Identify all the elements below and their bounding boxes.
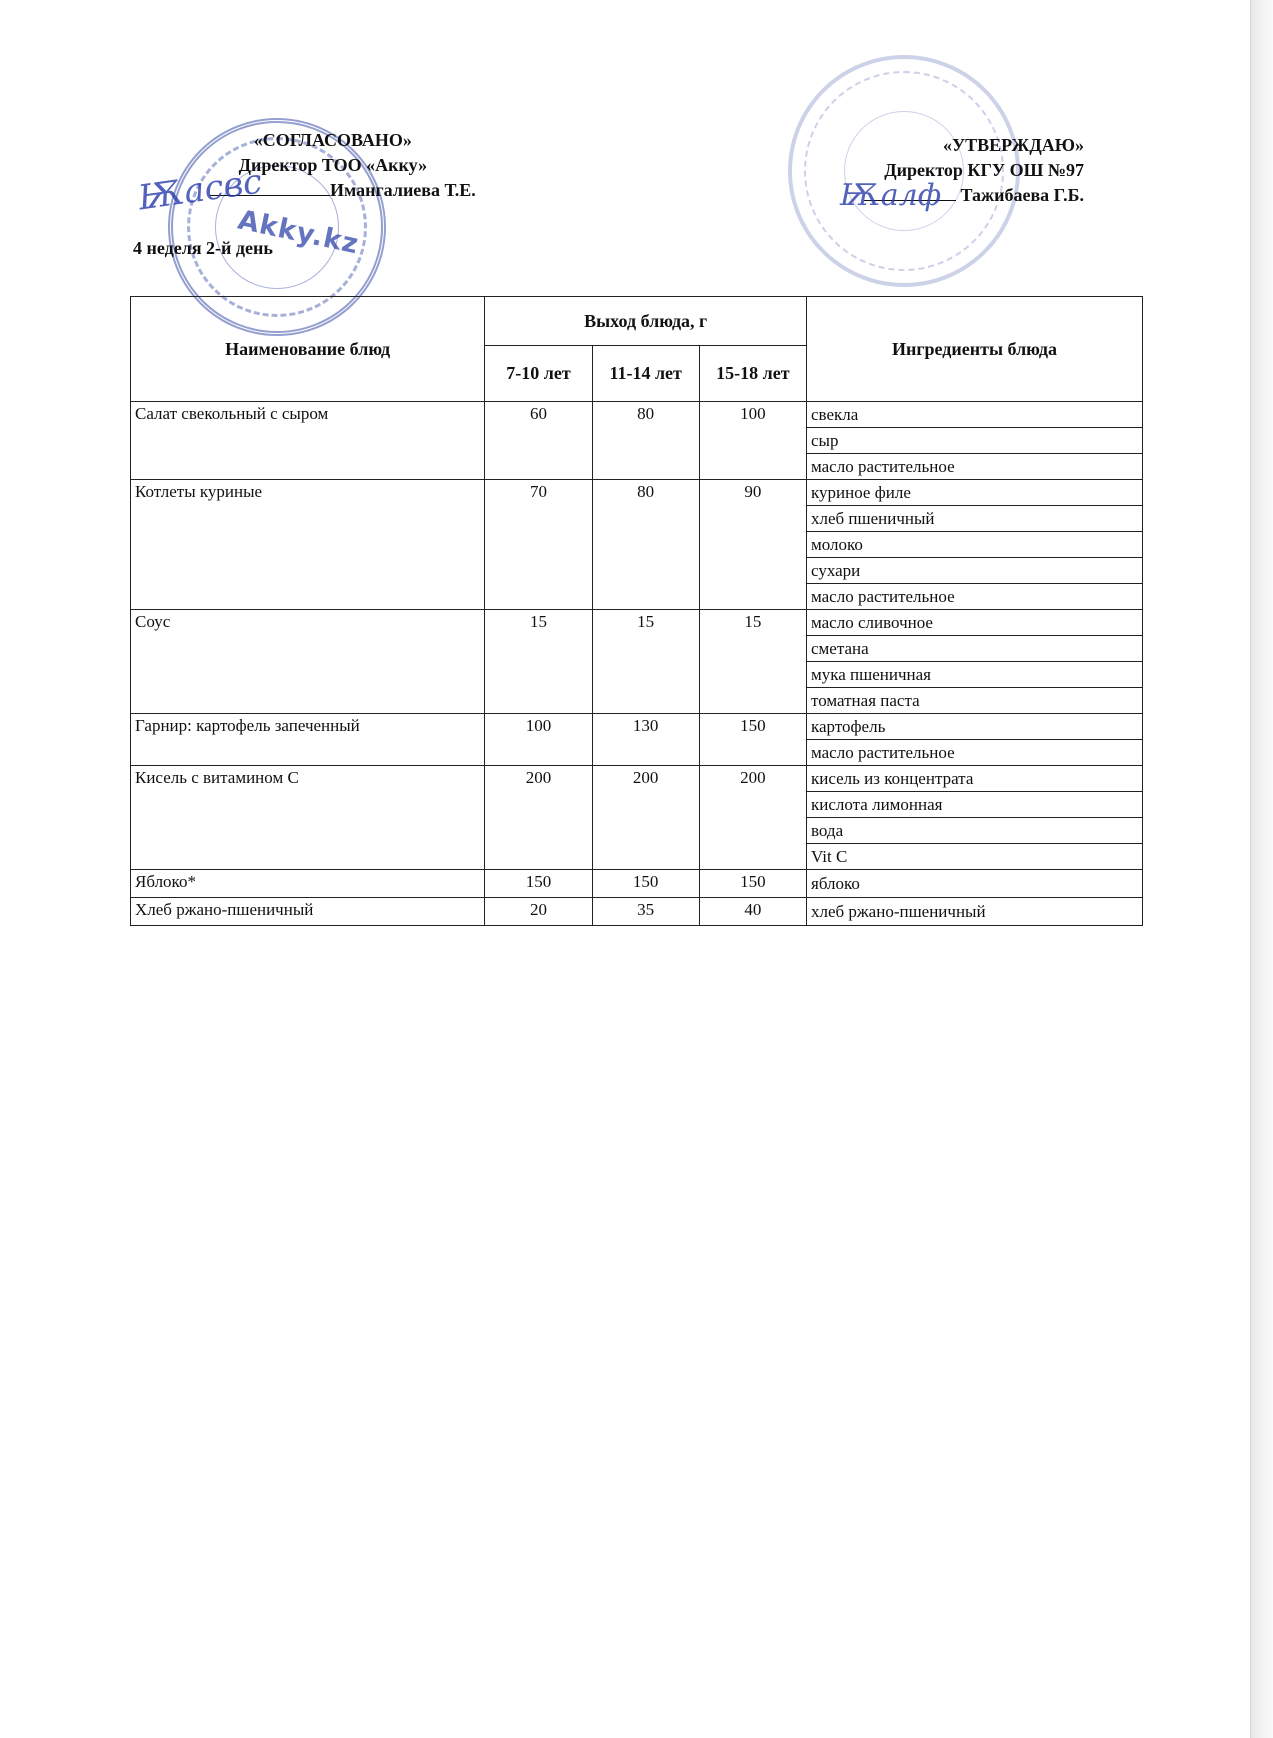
dish-yield: 150 <box>592 870 699 898</box>
dish-yield: 80 <box>592 402 699 480</box>
dish-yield: 20 <box>485 898 592 926</box>
dish-name: Яблоко* <box>131 870 485 898</box>
agreed-title: «СОГЛАСОВАНО» <box>190 128 476 153</box>
menu-table: Наименование блюд Выход блюда, г Ингреди… <box>130 296 1143 926</box>
signature-scribble-right: Ѭалф <box>840 178 941 213</box>
dish-yield: 100 <box>485 714 592 766</box>
ingredient: кислота лимонная <box>807 792 1143 818</box>
ingredient: масло сливочное <box>807 610 1143 636</box>
table-row: Гарнир: картофель запеченный100130150кар… <box>131 714 1143 740</box>
dish-name: Котлеты куриные <box>131 480 485 610</box>
dish-yield: 70 <box>485 480 592 610</box>
approved-title: «УТВЕРЖДАЮ» <box>848 133 1084 158</box>
ingredient: хлеб ржано-пшеничный <box>807 898 1143 926</box>
dish-yield: 60 <box>485 402 592 480</box>
ingredient: кисель из концентрата <box>807 766 1143 792</box>
approved-name: Тажибаева Г.Б. <box>960 185 1084 205</box>
header-dish-name: Наименование блюд <box>131 297 485 402</box>
dish-yield: 100 <box>699 402 806 480</box>
dish-yield: 200 <box>592 766 699 870</box>
dish-yield: 35 <box>592 898 699 926</box>
header-age-7-10: 7-10 лет <box>485 346 592 402</box>
ingredient: яблоко <box>807 870 1143 898</box>
table-row: Котлеты куриные708090куриное филе <box>131 480 1143 506</box>
ingredient: масло растительное <box>807 454 1143 480</box>
ingredient: молоко <box>807 532 1143 558</box>
table-row: Хлеб ржано-пшеничный203540хлеб ржано-пше… <box>131 898 1143 926</box>
dish-name: Соус <box>131 610 485 714</box>
ingredient: масло растительное <box>807 584 1143 610</box>
ingredient: Vit C <box>807 844 1143 870</box>
ingredient: вода <box>807 818 1143 844</box>
day-label: 4 неделя 2-й день <box>133 238 273 259</box>
ingredient: масло растительное <box>807 740 1143 766</box>
dish-yield: 15 <box>699 610 806 714</box>
header-age-15-18: 15-18 лет <box>699 346 806 402</box>
dish-yield: 15 <box>485 610 592 714</box>
table-row: Соус151515масло сливочное <box>131 610 1143 636</box>
header-age-11-14: 11-14 лет <box>592 346 699 402</box>
table-row: Яблоко*150150150яблоко <box>131 870 1143 898</box>
ingredient: сметана <box>807 636 1143 662</box>
header-yield: Выход блюда, г <box>485 297 807 346</box>
dish-yield: 15 <box>592 610 699 714</box>
dish-name: Кисель с витамином С <box>131 766 485 870</box>
dish-yield: 90 <box>699 480 806 610</box>
ingredient: куриное филе <box>807 480 1143 506</box>
dish-yield: 80 <box>592 480 699 610</box>
dish-name: Гарнир: картофель запеченный <box>131 714 485 766</box>
dish-yield: 150 <box>699 870 806 898</box>
ingredient: томатная паста <box>807 688 1143 714</box>
dish-yield: 40 <box>699 898 806 926</box>
ingredient: свекла <box>807 402 1143 428</box>
agreed-name: Имангалиева Т.Е. <box>330 180 476 200</box>
ingredient: сыр <box>807 428 1143 454</box>
dish-name: Хлеб ржано-пшеничный <box>131 898 485 926</box>
menu-table-body: Салат свекольный с сыром6080100свекласыр… <box>131 402 1143 926</box>
ingredient: мука пшеничная <box>807 662 1143 688</box>
table-row: Кисель с витамином С200200200кисель из к… <box>131 766 1143 792</box>
ingredient: картофель <box>807 714 1143 740</box>
ingredient: хлеб пшеничный <box>807 506 1143 532</box>
page-edge <box>1251 0 1273 1738</box>
dish-yield: 200 <box>699 766 806 870</box>
dish-yield: 200 <box>485 766 592 870</box>
dish-yield: 130 <box>592 714 699 766</box>
header-ingredients: Ингредиенты блюда <box>807 297 1143 402</box>
dish-yield: 150 <box>699 714 806 766</box>
table-row: Салат свекольный с сыром6080100свекла <box>131 402 1143 428</box>
dish-name: Салат свекольный с сыром <box>131 402 485 480</box>
dish-yield: 150 <box>485 870 592 898</box>
ingredient: сухари <box>807 558 1143 584</box>
